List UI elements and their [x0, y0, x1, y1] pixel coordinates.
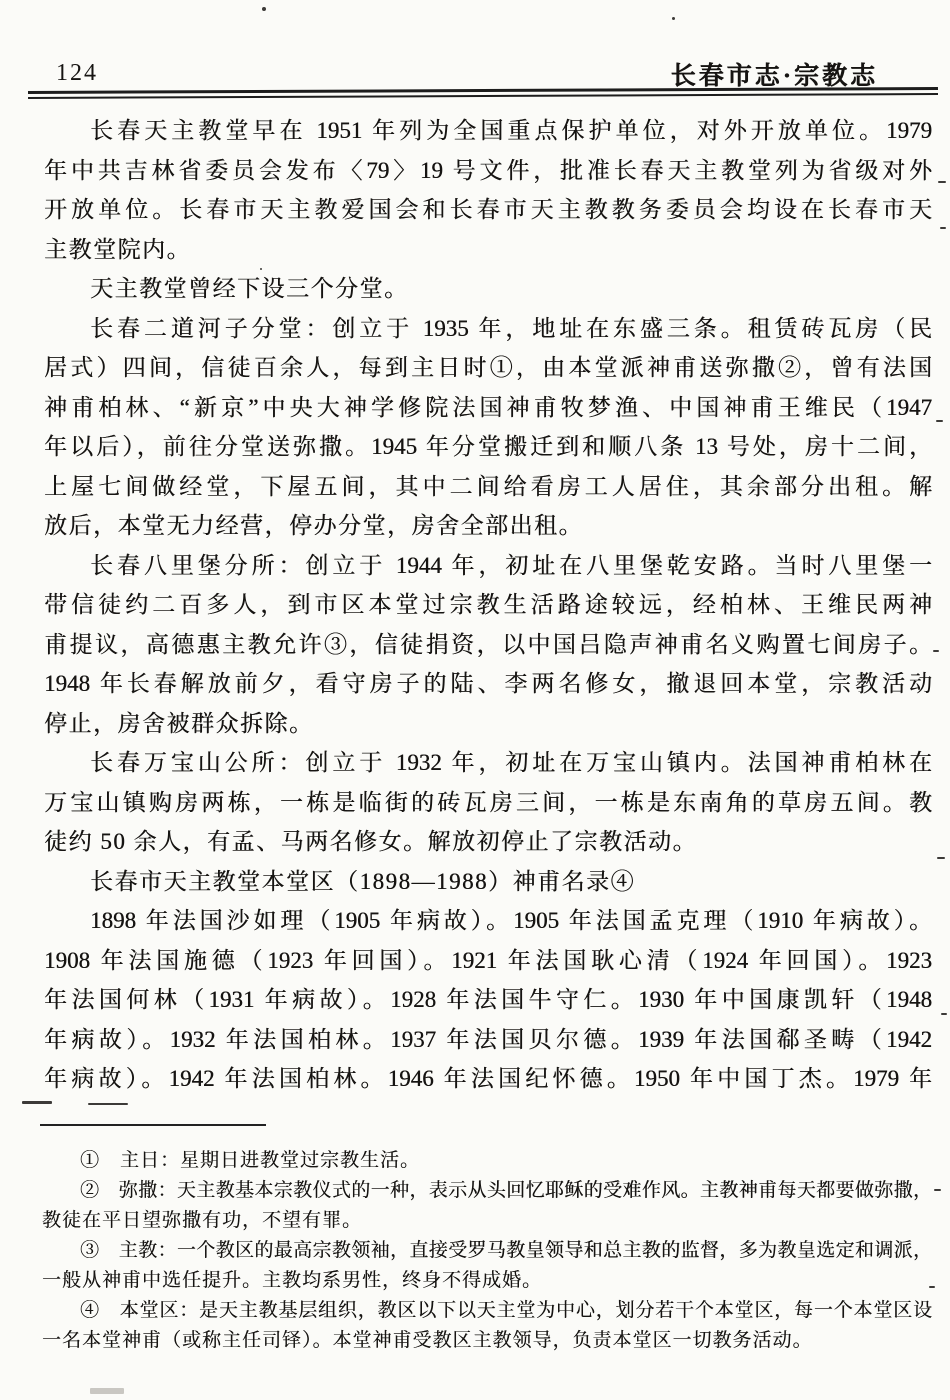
body-line: 长春二道河子分堂：创立于 1935 年，地址在东盛三条。租赁砖瓦房（民 — [44, 309, 932, 349]
footnote-line: 教徒在平日望弥撒有功，不望有罪。 — [42, 1206, 932, 1236]
scan-edge-mark — [929, 1286, 935, 1288]
body-text: 长春天主教堂早在 1951 年列为全国重点保护单位，对外开放单位。1979 年中… — [44, 111, 932, 1099]
scan-smudge — [90, 1388, 124, 1394]
body-line: 1908 年法国施德（1923 年回国）。1921 年法国耿心清（1924 年回… — [44, 941, 932, 981]
header-double-rule — [28, 87, 938, 98]
body-line: 年以后），前往分堂送弥撒。1945 年分堂搬迁到和顺八条 13 号处，房十二间， — [44, 427, 932, 467]
body-line: 带信徒约二百多人，到市区本堂过宗教生活路途较远，经柏林、王维民两神 — [44, 585, 932, 625]
body-line: 居式）四间，信徒百余人，每到主日时①，由本堂派神甫送弥撒②，曾有法国 — [44, 348, 932, 388]
body-line: 放后，本堂无力经营，停办分堂，房舍全部出租。 — [44, 506, 932, 546]
body-line: 年病故）。1932 年法国柏林。1937 年法国贝尔德。1939 年法国郗圣畴（… — [44, 1020, 932, 1060]
body-line: 甫提议，高德惠主教允许③，信徒捐资，以中国吕隐声神甫名义购置七间房子。 — [44, 625, 932, 665]
scan-speck — [672, 17, 675, 20]
footnote-line: ③ 主教：一个教区的最高宗教领袖，直接受罗马教皇领导和总主教的监督，多为教皇选定… — [42, 1236, 932, 1266]
body-line: 年中共吉林省委员会发布〈79〉19 号文件，批准长春天主教堂列为省级对外 — [44, 151, 932, 191]
scan-edge-mark — [88, 1103, 128, 1105]
footnotes: ① 主日：星期日进教堂过宗教生活。 ② 弥撒：天主教基本宗教仪式的一种，表示从头… — [42, 1146, 932, 1356]
body-line: 年法国何林（1931 年病故）。1928 年法国牛守仁。1930 年中国康凯轩（… — [44, 980, 932, 1020]
body-line: 年病故）。1942 年法国柏林。1946 年法国纪怀德。1950 年中国丁杰。1… — [44, 1059, 932, 1099]
footnote-line: 一名本堂神甫（或称主任司铎）。本堂神甫受教区主教领导，负责本堂区一切教务活动。 — [42, 1326, 932, 1356]
body-line: 停止，房舍被群众拆除。 — [44, 704, 932, 744]
footnote-line: ① 主日：星期日进教堂过宗教生活。 — [42, 1146, 932, 1176]
scanned-book-page: 124 长春市志·宗教志 长春天主教堂早在 1951 年列为全国重点保护单位，对… — [0, 0, 950, 1400]
scan-edge-mark — [22, 1101, 52, 1104]
body-line: 1898 年法国沙如理（1905 年病故）。1905 年法国孟克理（1910 年… — [44, 901, 932, 941]
body-line: 天主教堂曾经下设三个分堂。 — [44, 269, 932, 309]
body-line: 万宝山镇购房两栋，一栋是临街的砖瓦房三间，一栋是东南角的草房五间。教 — [44, 783, 932, 823]
body-line-section-heading: 长春市天主教堂本堂区（1898—1988）神甫名录④ — [44, 862, 932, 902]
scan-edge-mark — [938, 181, 946, 183]
footnote-line: 一般从神甫中选任提升。主教均系男性，终身不得成婚。 — [42, 1266, 932, 1296]
scan-edge-mark — [941, 1013, 947, 1015]
body-line: 开放单位。长春市天主教爱国会和长春市天主教教务委员会均设在长春市天 — [44, 190, 932, 230]
body-line: 徒约 50 余人，有孟、马两名修女。解放初停止了宗教活动。 — [44, 822, 932, 862]
scan-speck — [262, 7, 266, 11]
header-rule-bottom — [28, 93, 938, 98]
body-line: 长春八里堡分所：创立于 1944 年，初址在八里堡乾安路。当时八里堡一 — [44, 546, 932, 586]
body-line: 长春万宝山公所：创立于 1932 年，初址在万宝山镇内。法国神甫柏林在 — [44, 743, 932, 783]
scan-edge-mark — [934, 1189, 941, 1191]
scan-edge-mark — [936, 420, 943, 422]
footnote-divider — [40, 1124, 266, 1126]
body-line: 长春天主教堂早在 1951 年列为全国重点保护单位，对外开放单位。1979 — [44, 111, 932, 151]
footnote-line: ④ 本堂区：是天主教基层组织，教区以下以天主堂为中心，划分若干个本堂区，每一个本… — [42, 1296, 932, 1326]
body-line: 1948 年长春解放前夕，看守房子的陆、李两名修女，撤退回本堂，宗教活动 — [44, 664, 932, 704]
scan-edge-mark — [933, 650, 939, 652]
body-line: 神甫柏林、“新京”中央大神学修院法国神甫牧梦渔、中国神甫王维民（1947 — [44, 388, 932, 428]
body-line: 上屋七间做经堂，下屋五间，其中二间给看房工人居住，其余部分出租。解 — [44, 467, 932, 507]
scan-edge-mark — [937, 857, 945, 859]
scan-edge-mark — [940, 227, 946, 229]
body-line: 主教堂院内。 — [44, 230, 932, 270]
header-rule-top — [28, 87, 938, 93]
scan-speck — [260, 268, 262, 270]
page-number: 124 — [56, 60, 98, 87]
footnote-line: ② 弥撒：天主教基本宗教仪式的一种，表示从头回忆耶稣的受难作风。主教神甫每天都要… — [42, 1176, 932, 1206]
